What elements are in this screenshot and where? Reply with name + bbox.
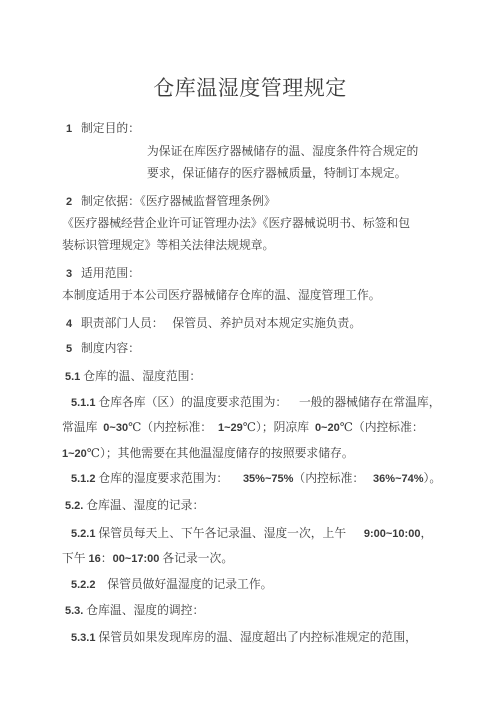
- section-1-heading: 1 制定目的：: [66, 121, 140, 137]
- section-3-heading: 3 适用范围：: [66, 266, 140, 282]
- scope-paragraph-line: 本制度适用于本公司医疗器械储存仓库的温、湿度管理工作。: [62, 288, 381, 303]
- clause-5-1-1-line: 1~20℃）；其他需要在其他温湿度储存的按照要求储存。: [62, 446, 354, 462]
- clause-5-2-1-line: 5.2.1 保管员每天上、下午各记录温、湿度一次，上午 9:00~10:00，: [71, 526, 432, 542]
- section-4-heading: 4 职责部门人员： 保管员、养护员对本规定实施负责。: [66, 316, 361, 332]
- clause-5-1-1-line: 常温库 0~30℃（内控标准： 1~29℃）；阴凉库 0~20℃（内控标准：: [62, 420, 424, 436]
- clause-5-3-heading: 5.3. 仓库温、湿度的调控：: [65, 603, 204, 619]
- clause-5-1-1-line: 5.1.1 仓库各库（区）的温度要求范围为： 一般的器械储存在常温库，: [71, 395, 441, 411]
- clause-5-2-2-line: 5.2.2 保管员做好温湿度的记录工作。: [71, 577, 272, 593]
- basis-paragraph-line: 装标识管理规定》等相关法律法规规章。: [62, 238, 274, 253]
- clause-5-1-heading: 5.1 仓库的温、湿度范围：: [65, 369, 201, 385]
- clause-5-1-2-line: 5.1.2 仓库的湿度要求范围为： 35%~75%（内控标准： 36%~74%）…: [71, 471, 441, 487]
- clause-5-2-heading: 5.2. 仓库温、湿度的记录：: [65, 498, 204, 514]
- document-title: 仓库温湿度管理规定: [0, 72, 500, 102]
- purpose-paragraph-line: 要求，保证储存的医疗器械质量，特制订本规定。: [147, 166, 407, 181]
- section-5-heading: 5 制度内容：: [66, 341, 140, 357]
- purpose-paragraph-line: 为保证在库医疗器械储存的温、湿度条件符合规定的: [147, 144, 418, 159]
- clause-5-3-1-line: 5.3.1 保管员如果发现库房的温、湿度超出了内控标准规定的范围，: [71, 630, 417, 646]
- clause-5-2-1-line: 下午 16：00~17:00 各记录一次。: [62, 551, 233, 567]
- basis-paragraph-line: 《医疗器械经营企业许可证管理办法》《医疗器械说明书、标签和包: [62, 216, 410, 231]
- section-2-heading: 2 制定依据：《医疗器械监督管理条例》: [66, 194, 276, 210]
- document-page: 仓库温湿度管理规定 1 制定目的： 为保证在库医疗器械储存的温、湿度条件符合规定…: [0, 0, 500, 708]
